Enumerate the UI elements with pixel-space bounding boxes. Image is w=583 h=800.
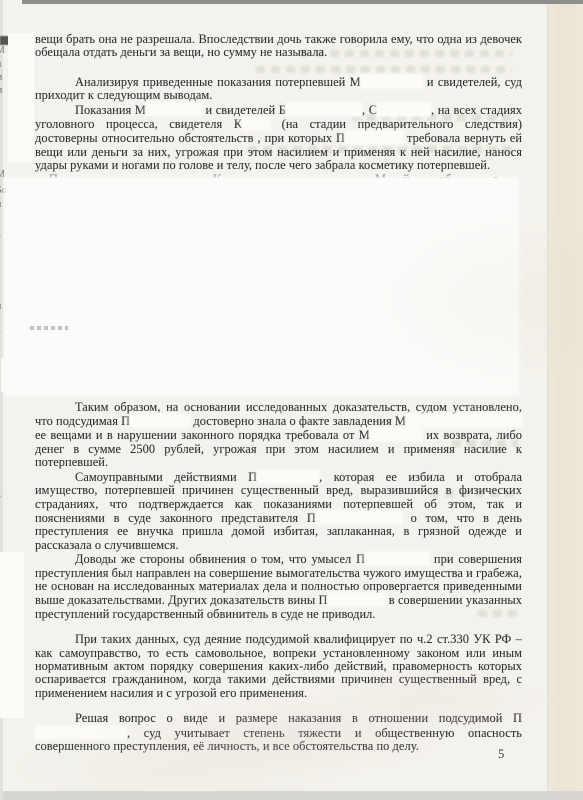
paragraph: Решая вопрос о виде и размере наказания …	[35, 712, 522, 753]
margin-mark: и	[0, 60, 1, 70]
paragraph: Анализируя приведенные показания потерпе…	[35, 75, 522, 103]
paragraph: При таких данных, суд деяние подсудимой …	[35, 633, 522, 700]
paragraph: вещи брать она не разрешала. Впоследстви…	[35, 33, 522, 60]
redaction-box	[406, 414, 522, 427]
redaction-box	[370, 428, 422, 441]
redaction-box	[146, 103, 202, 116]
margin-mark: М	[0, 46, 5, 56]
margin-mark: м	[0, 73, 2, 83]
redaction-box	[345, 131, 403, 144]
margin-mark: в	[0, 230, 1, 240]
redaction-dash-mark	[30, 326, 68, 330]
margin-mark: п	[0, 302, 1, 312]
redaction-box	[242, 117, 270, 130]
margin-redaction-strip	[8, 33, 34, 163]
scanned-page: МиммМБопвпетзекатнпвт вещи брать она не …	[0, 0, 583, 800]
redaction-box	[286, 103, 362, 116]
paragraph: Доводы же стороны обвинения о том, что у…	[35, 552, 522, 621]
margin-redaction-strip	[0, 552, 24, 718]
page-number: 5	[498, 747, 504, 762]
paragraph: Самоуправными действиями П, которая ее и…	[35, 470, 522, 552]
redaction-box	[361, 75, 423, 88]
redaction-box	[130, 414, 190, 427]
page-edge-right	[547, 0, 583, 800]
redaction-box	[377, 103, 431, 116]
redaction-box	[316, 511, 402, 524]
redaction-box	[257, 470, 319, 483]
document-text: вещи брать она не разрешала. Впоследстви…	[35, 33, 522, 753]
paragraph: Показания М и свидетелей Б, С, на всех с…	[35, 103, 522, 173]
margin-mark: к	[0, 490, 1, 500]
margin-mark: М	[0, 170, 5, 180]
redaction-box	[328, 593, 386, 606]
paragraph: Таким образом, на основании исследованны…	[35, 401, 522, 470]
scanner-edge-bottom	[0, 791, 583, 800]
scanner-edge-top	[22, 0, 583, 4]
margin-mark: м	[0, 86, 2, 96]
redaction-box	[365, 552, 429, 565]
redaction-box	[35, 726, 127, 739]
margin-mark: п	[0, 200, 1, 210]
large-redaction-box	[6, 178, 518, 394]
